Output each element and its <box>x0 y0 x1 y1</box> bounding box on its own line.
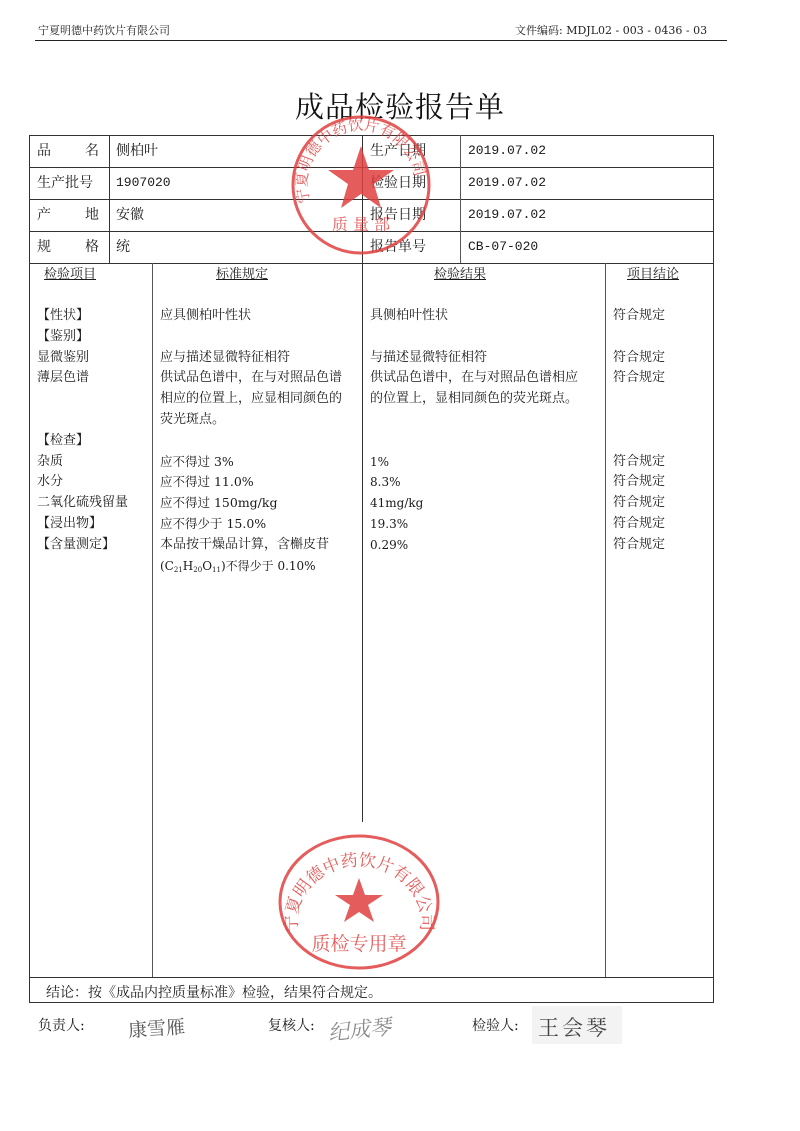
info-label: 报告日期 <box>370 207 426 223</box>
conclusion-text: 结论：按《成品内控质量标准》检验，结果符合规定。 <box>46 985 382 1001</box>
results-col-divider <box>362 263 363 588</box>
info-value: 侧柏叶 <box>116 143 158 159</box>
test-result: 0.29% <box>370 535 578 556</box>
test-item: 杂质 <box>37 452 128 473</box>
test-item: 【性状】 <box>37 306 128 327</box>
test-conclusion <box>613 327 665 348</box>
results-standard-column: 应具侧柏叶性状应与描述显微特征相符供试品色谱中，在与对照品色谱相应的位置上，应显… <box>160 306 342 576</box>
col-header-item: 检验项目 <box>44 268 96 282</box>
info-label: 产地 <box>37 207 99 223</box>
header-rule <box>35 40 727 41</box>
info-label: 生产日期 <box>370 143 426 159</box>
test-result <box>370 410 578 431</box>
test-standard: 荧光斑点。 <box>160 410 342 431</box>
test-standard: 应不得过 3% <box>160 452 342 473</box>
info-label: 规格 <box>37 239 99 255</box>
test-standard: 应与描述显微特征相符 <box>160 348 342 369</box>
test-standard: 应具侧柏叶性状 <box>160 306 342 327</box>
info-value: 2019.07.02 <box>468 175 546 191</box>
reviewer-label: 复核人: <box>268 1018 315 1034</box>
col-header-conclusion: 项目结论 <box>627 268 679 282</box>
results-col-divider <box>605 263 606 977</box>
test-item: 【鉴别】 <box>37 327 128 348</box>
test-conclusion: 符合规定 <box>613 472 665 493</box>
test-conclusion: 符合规定 <box>613 535 665 556</box>
info-col-divider <box>109 135 110 263</box>
test-item: 【检查】 <box>37 431 128 452</box>
info-row-divider <box>29 167 714 168</box>
responsible-label: 负责人: <box>38 1018 85 1034</box>
test-item: 二氧化硫残留量 <box>37 493 128 514</box>
test-result: 41mg/kg <box>370 493 578 514</box>
info-row-divider <box>29 263 714 264</box>
test-conclusion: 符合规定 <box>613 368 665 389</box>
test-conclusion: 符合规定 <box>613 452 665 473</box>
responsible-signature: 康雪雁 <box>127 1012 186 1043</box>
test-standard: 本品按干燥品计算，含槲皮苷 <box>160 535 342 556</box>
test-result: 8.3% <box>370 472 578 493</box>
col-header-standard: 标准规定 <box>216 268 268 282</box>
test-conclusion <box>613 431 665 452</box>
results-items-column: 【性状】【鉴别】显微鉴别薄层色谱【检查】杂质水分二氧化硫残留量【浸出物】【含量测… <box>37 306 128 576</box>
test-result: 供试品色谱中，在与对照品色谱相应 <box>370 368 578 389</box>
test-item: 【含量测定】 <box>37 535 128 556</box>
test-item <box>37 556 128 577</box>
info-label: 生产批号 <box>37 175 93 191</box>
test-item: 薄层色谱 <box>37 368 128 389</box>
info-label: 报告单号 <box>370 239 426 255</box>
test-standard: 供试品色谱中，在与对照品色谱 <box>160 368 342 389</box>
test-standard: 应不得过 11.0% <box>160 472 342 493</box>
results-result-column: 具侧柏叶性状与描述显微特征相符供试品色谱中，在与对照品色谱相应的位置上，显相同颜… <box>370 306 578 576</box>
conclusion-divider <box>29 977 714 978</box>
test-conclusion <box>613 556 665 577</box>
inspector-label: 检验人: <box>472 1018 519 1034</box>
info-label: 检验日期 <box>370 175 426 191</box>
test-conclusion <box>613 389 665 410</box>
test-result: 19.3% <box>370 514 578 535</box>
file-code: 文件编码: MDJL02 - 003 - 0436 - 03 <box>515 24 707 38</box>
test-item: 【浸出物】 <box>37 514 128 535</box>
inspector-signature: 王会琴 <box>538 1012 610 1042</box>
results-col-divider <box>152 263 153 977</box>
test-item <box>37 410 128 431</box>
test-conclusion: 符合规定 <box>613 514 665 535</box>
info-row-divider <box>29 199 714 200</box>
info-value: 统 <box>116 239 130 255</box>
info-col-divider <box>362 135 363 263</box>
info-value: 2019.07.02 <box>468 143 546 159</box>
test-item <box>37 389 128 410</box>
test-result: 的位置上，显相同颜色的荧光斑点。 <box>370 389 578 410</box>
test-result: 具侧柏叶性状 <box>370 306 578 327</box>
col-header-result: 检验结果 <box>434 268 486 282</box>
test-result <box>370 431 578 452</box>
test-result <box>370 556 578 577</box>
test-item: 水分 <box>37 472 128 493</box>
test-standard: 应不得过 150mg/kg <box>160 493 342 514</box>
test-standard: 相应的位置上，应显相同颜色的 <box>160 389 342 410</box>
test-standard: 应不得少于 15.0% <box>160 514 342 535</box>
info-value: 安徽 <box>116 207 144 223</box>
test-result: 与描述显微特征相符 <box>370 348 578 369</box>
results-col-divider <box>362 588 363 822</box>
test-conclusion: 符合规定 <box>613 348 665 369</box>
info-col-divider <box>460 135 461 263</box>
page-title: 成品检验报告单 <box>0 85 800 126</box>
reviewer-signature: 纪成琴 <box>327 1011 393 1047</box>
test-conclusion: 符合规定 <box>613 306 665 327</box>
test-conclusion: 符合规定 <box>613 493 665 514</box>
info-value: 2019.07.02 <box>468 207 546 223</box>
test-standard <box>160 431 342 452</box>
info-value: CB-07-020 <box>468 239 538 255</box>
test-item: 显微鉴别 <box>37 348 128 369</box>
company-name-header: 宁夏明德中药饮片有限公司 <box>38 24 170 38</box>
test-standard: (C21H20O11)不得少于 0.10% <box>160 556 342 577</box>
info-row-divider <box>29 231 714 232</box>
info-label: 品名 <box>37 143 99 159</box>
test-conclusion <box>613 410 665 431</box>
test-standard <box>160 327 342 348</box>
info-value: 1907020 <box>116 175 171 191</box>
test-result <box>370 327 578 348</box>
results-conclusion-column: 符合规定符合规定符合规定符合规定符合规定符合规定符合规定符合规定 <box>613 306 665 576</box>
test-result: 1% <box>370 452 578 473</box>
